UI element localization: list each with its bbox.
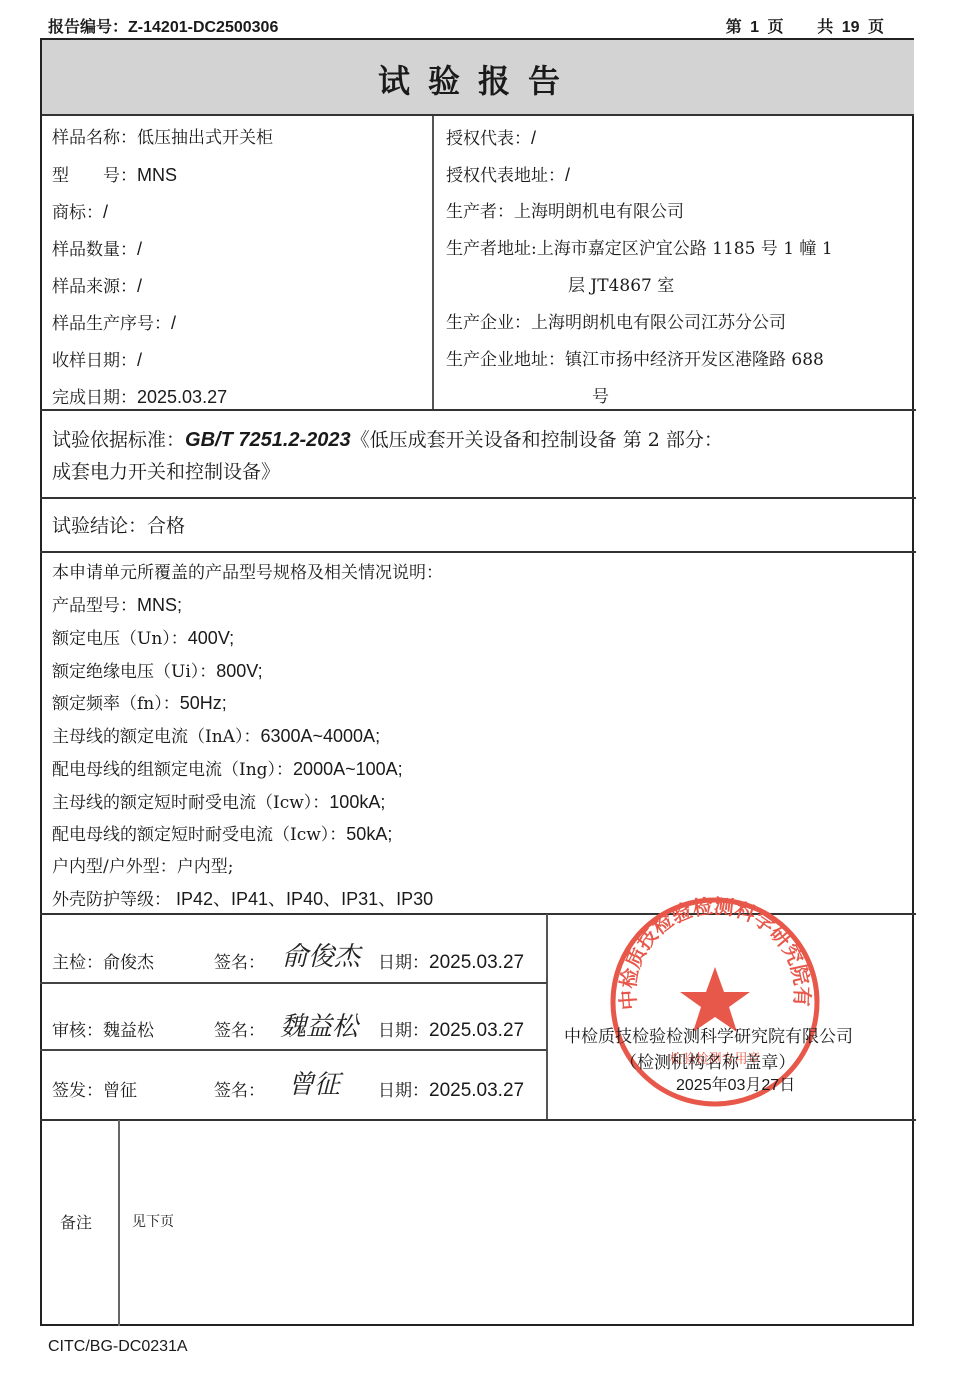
institution-date: 2025年03月27日 xyxy=(676,1072,795,1095)
field-manufacturer-address-cont: 层 JT4867 室 xyxy=(568,276,674,296)
spec-item: 主母线的额定短时耐受电流（Icw）：100kA; xyxy=(52,788,385,813)
report-number: 报告编号：Z-14201-DC2500306 xyxy=(48,14,278,37)
handwritten-signature: 俞俊杰 xyxy=(282,936,360,973)
spec-item: 额定频率（fn）：50Hz; xyxy=(52,689,227,714)
field-sample-name: 样品名称：低压抽出式开关柜 xyxy=(52,128,273,148)
field-sample-qty: 样品数量：/ xyxy=(52,239,142,260)
signature-date: 日期：2025.03.27 xyxy=(378,948,524,974)
signature-date: 日期：2025.03.27 xyxy=(378,1016,524,1042)
spec-item: 产品型号：MNS; xyxy=(52,591,182,616)
field-trademark: 商标：/ xyxy=(52,202,108,223)
field-authorized-rep-address: 授权代表地址：/ xyxy=(446,165,570,186)
handwritten-signature: 魏益松 xyxy=(280,1006,358,1043)
page-total: 共 19 页 xyxy=(817,19,884,36)
field-model: 型 号：MNS xyxy=(52,165,177,186)
page-indicator: 第 1 页 共 19 页 xyxy=(726,14,884,37)
report-number-value: Z-14201-DC2500306 xyxy=(128,19,278,36)
field-sample-source: 样品来源：/ xyxy=(52,276,142,297)
test-standard: 试验依据标准：GB/T 7251.2-2023《低压成套开关设备和控制设备 第 … xyxy=(52,430,723,450)
test-conclusion: 试验结论：合格 xyxy=(52,516,185,536)
spec-item: 户内型/户外型：户内型; xyxy=(52,852,233,877)
signature-row-approver: 签发：曾征 xyxy=(52,1076,137,1101)
test-standard-name-cont: 成套电力开关和控制设备》 xyxy=(52,462,280,482)
spec-item: 额定电压（Un）：400V; xyxy=(52,624,234,649)
field-completed-date: 完成日期：2025.03.27 xyxy=(52,387,227,408)
remarks-label: 备注 xyxy=(60,1210,92,1233)
field-received-date: 收样日期：/ xyxy=(52,350,142,371)
divider xyxy=(40,1049,547,1051)
signature-label: 签名： xyxy=(214,1016,265,1041)
field-production-address: 生产企业地址：镇江市扬中经济开发区港隆路 688 xyxy=(446,350,824,370)
spec-item: 外壳防护等级： IP42、IP41、IP40、IP31、IP30 xyxy=(52,885,433,911)
report-title: 试验报告 xyxy=(42,56,914,102)
signature-row-reviewer: 审核：魏益松 xyxy=(52,1016,154,1041)
divider xyxy=(40,409,916,411)
institution-name: 中检质技检验检测科学研究院有限公司 xyxy=(564,1022,853,1047)
spec-item: 配电母线的组额定电流（Ing）：2000A~100A; xyxy=(52,755,403,780)
signature-date: 日期：2025.03.27 xyxy=(378,1076,524,1102)
divider xyxy=(40,497,916,499)
divider xyxy=(40,551,916,553)
form-code: CITC/BG-DC0231A xyxy=(48,1338,188,1356)
signature-label: 签名： xyxy=(214,948,265,973)
report-frame xyxy=(40,38,914,1326)
remarks-value: 见下页 xyxy=(132,1211,174,1231)
field-production-address-cont: 号 xyxy=(592,387,609,407)
test-standard-name: 《低压成套开关设备和控制设备 第 2 部分： xyxy=(351,429,723,451)
field-manufacturer-address: 生产者地址:上海市嘉定区沪宜公路 1185 号 1 幢 1 xyxy=(446,239,833,259)
test-conclusion-value: 合格 xyxy=(147,515,185,537)
report-number-label: 报告编号： xyxy=(48,19,128,36)
test-standard-code: GB/T 7251.2-2023 xyxy=(185,429,351,451)
test-standard-label: 试验依据标准： xyxy=(52,429,185,451)
field-manufacturer: 生产者：上海明朗机电有限公司 xyxy=(446,202,684,222)
spec-item: 额定绝缘电压（Ui）：800V; xyxy=(52,657,263,682)
field-authorized-rep: 授权代表：/ xyxy=(446,128,536,149)
spec-item: 配电母线的额定短时耐受电流（Icw）：50kA; xyxy=(52,820,392,845)
institution-note: （检测机构名称 盖章） xyxy=(620,1048,795,1073)
signature-label: 签名： xyxy=(214,1076,265,1101)
divider xyxy=(40,1119,916,1121)
field-serial-no: 样品生产序号：/ xyxy=(52,313,176,334)
spec-item: 主母线的额定电流（InA）：6300A~4000A; xyxy=(52,722,380,747)
divider xyxy=(40,982,547,984)
handwritten-signature: 曾征 xyxy=(288,1064,340,1101)
page-current: 第 1 页 xyxy=(726,19,784,36)
remarks-divider xyxy=(118,1120,120,1326)
field-production-company: 生产企业：上海明朗机电有限公司江苏分公司 xyxy=(446,313,786,333)
signature-divider xyxy=(546,914,548,1120)
info-divider xyxy=(432,116,434,410)
specs-intro: 本申请单元所覆盖的产品型号规格及相关情况说明： xyxy=(52,558,443,583)
test-conclusion-label: 试验结论： xyxy=(52,515,147,537)
signature-row-inspector: 主检：俞俊杰 xyxy=(52,948,154,973)
